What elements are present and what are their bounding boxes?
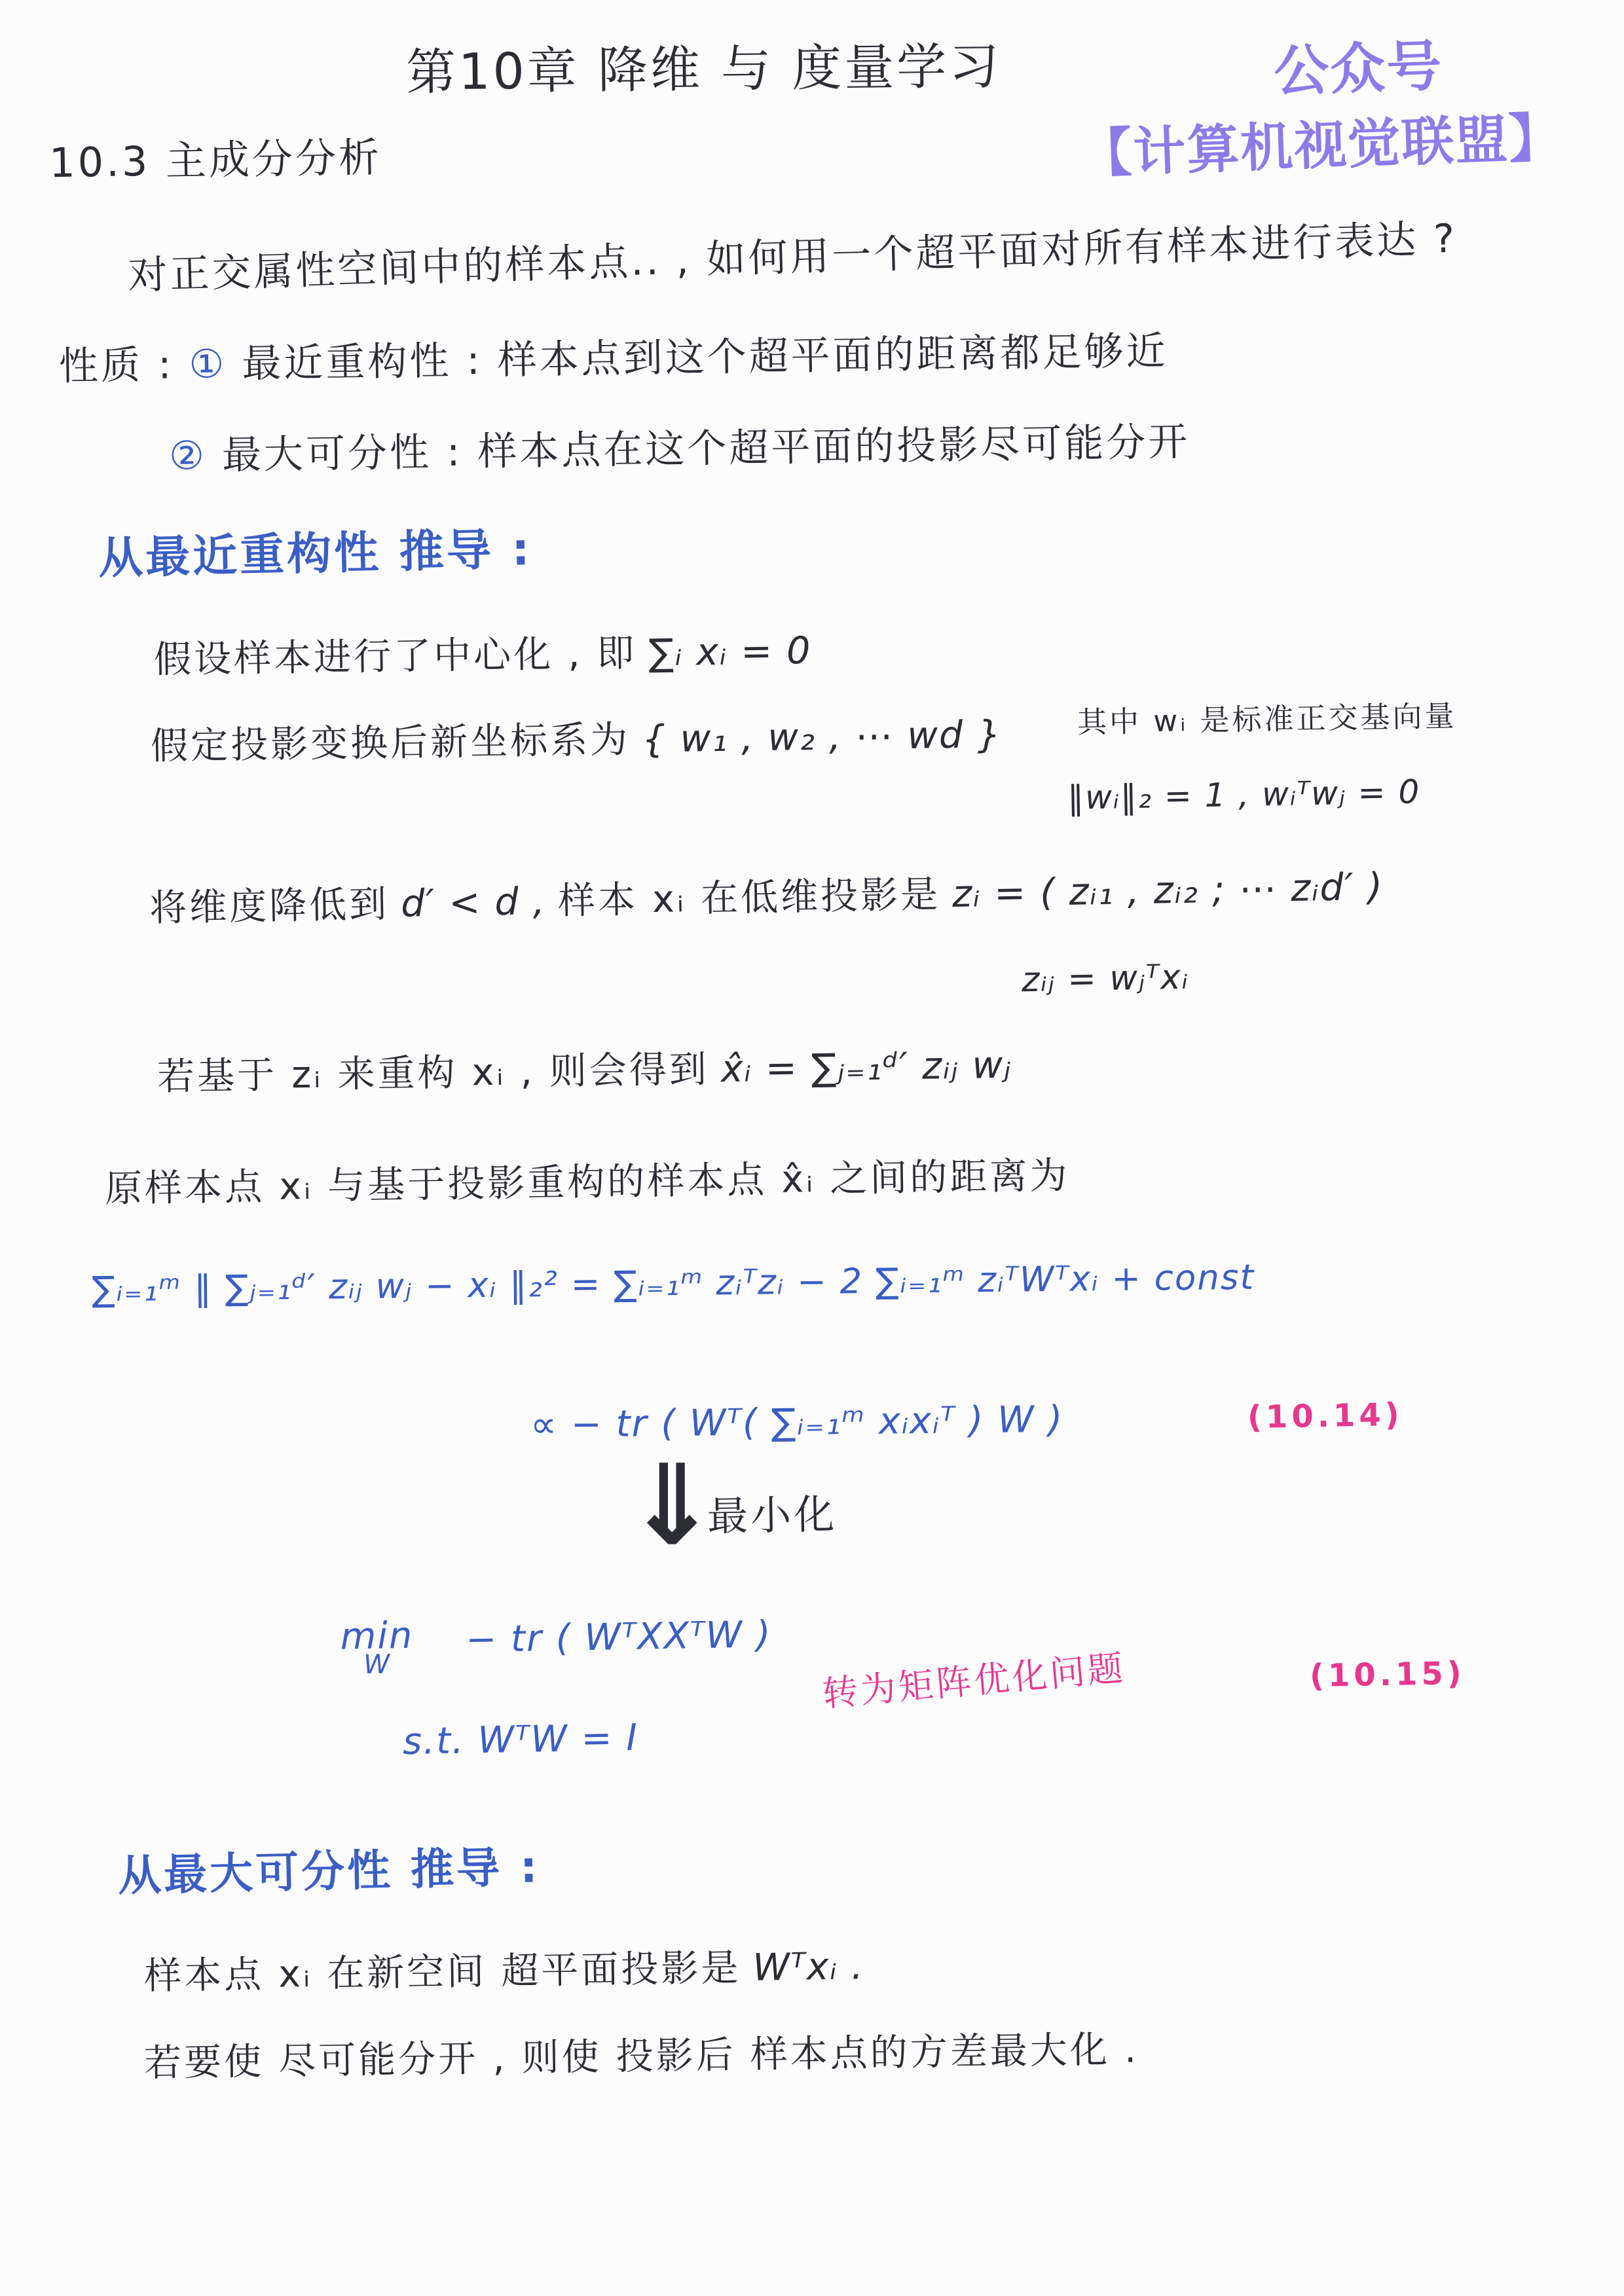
centering-assumption-line: 假设样本进行了中心化 , 即 ∑ᵢ xᵢ = 0 xyxy=(153,621,811,683)
property-2-text: 最大可分性 : 样本点在这个超平面的投影尽可能分开 xyxy=(222,419,1190,479)
watermark-line1: 公众号 xyxy=(1272,22,1444,107)
minimization-objective: min W − tr ( WᵀXXᵀW ) xyxy=(340,1613,772,1677)
separability-line2-text: 若要使 尽可能分开 , 则使 投影后 样本点的方差最大化 . xyxy=(144,2019,1139,2086)
property-1: 性质 : ① 最近重构性 : 样本点到这个超平面的距离都足够近 xyxy=(58,319,1168,392)
separability-heading: 从最大可分性 推导 : xyxy=(117,1832,540,1903)
reconstruction-text: 若基于 zᵢ 来重构 xᵢ , 则会得到 xyxy=(157,1048,710,1099)
projection-coordinate-formula: zᵢⱼ = wⱼᵀxᵢ xyxy=(1021,958,1189,1000)
notes-page: 第10章 降维 与 度量学习 公众号 【计算机视觉联盟】 10.3 主成分分析 … xyxy=(0,0,1624,2296)
distance-intro-text: 原样本点 xᵢ 与基于投影重构的样本点 x̂ᵢ 之间的距离为 xyxy=(104,1146,1069,1213)
min-subscript: W xyxy=(363,1653,392,1677)
double-down-arrow-icon: ⇓ xyxy=(625,1450,718,1561)
separability-line1: 样本点 xᵢ 在新空间 超平面投影是 Wᵀxᵢ . xyxy=(143,1936,864,1999)
orthonormal-note: 其中 wᵢ 是标准正交基向量 xyxy=(1077,692,1457,741)
property-2: ② 最大可分性 : 样本点在这个超平面的投影尽可能分开 xyxy=(168,410,1190,481)
properties-label: 性质 : xyxy=(59,342,174,389)
reconstruction-heading: 从最近重构性 推导 : xyxy=(98,514,532,587)
dim-text-1: 将维度降低到 xyxy=(149,883,390,930)
dim-text-2: 样本 xᵢ 在低维投影是 xyxy=(557,873,940,922)
reconstruction-formula: x̂ᵢ = ∑ⱼ₌₁ᵈ′ zᵢⱼ wⱼ xyxy=(720,1044,1012,1091)
minimize-label: 最小化 xyxy=(707,1482,838,1542)
equation-tag-10-14: (10.14) xyxy=(1247,1396,1404,1436)
norm-constraint-formula: ‖wᵢ‖₂ = 1 , wᵢᵀwⱼ = 0 xyxy=(1067,773,1421,816)
centering-formula: ∑ᵢ xᵢ = 0 xyxy=(648,629,812,674)
basis-text: 假定投影变换后新坐标系为 xyxy=(151,718,631,768)
centering-text: 假设样本进行了中心化 , 即 xyxy=(154,632,637,682)
trace-proportional-formula: ∝ − tr ( Wᵀ( ∑ᵢ₌₁ᵐ xᵢxᵢᵀ ) W ) xyxy=(530,1398,1064,1447)
dim-formula-2: zᵢ = ( zᵢ₁ , zᵢ₂ ; ⋯ zᵢd′ ) xyxy=(952,866,1384,916)
distance-expansion-formula: ∑ᵢ₌₁ᵐ ‖ ∑ⱼ₌₁ᵈ′ zᵢⱼ wⱼ − xᵢ ‖₂² = ∑ᵢ₌₁ᵐ z… xyxy=(92,1258,1255,1310)
basis-assumption-line: 假定投影变换后新坐标系为 { w₁ , w₂ , ⋯ wd } xyxy=(150,704,1002,770)
section-heading: 10.3 主成分分析 xyxy=(48,125,382,189)
page-title: 第10章 降维 与 度量学习 xyxy=(405,26,1001,104)
dimension-reduction-line: 将维度降低到 d′ < d , 样本 xᵢ 在低维投影是 zᵢ = ( zᵢ₁ … xyxy=(149,857,1384,932)
property-2-number: ② xyxy=(169,433,208,479)
equation-tag-10-15: (10.15) xyxy=(1310,1655,1466,1694)
basis-formula: { w₁ , w₂ , ⋯ wd } xyxy=(642,713,1003,761)
property-1-text: 最近重构性 : 样本点到这个超平面的距离都足够近 xyxy=(242,328,1168,387)
reconstruction-line: 若基于 zᵢ 来重构 xᵢ , 则会得到 x̂ᵢ = ∑ⱼ₌₁ᵈ′ zᵢⱼ wⱼ xyxy=(157,1035,1012,1101)
separability-line1-text: 样本点 xᵢ 在新空间 超平面投影是 xyxy=(144,1946,741,1998)
property-1-number: ① xyxy=(189,341,227,388)
dim-formula-1: d′ < d , xyxy=(401,880,547,926)
pink-annotation: 转为矩阵优化问题 xyxy=(821,1640,1128,1717)
intro-question: 对正交属性空间中的样本点.. , 如何用一个超平面对所有样本进行表达 ? xyxy=(127,208,1458,301)
min-operator: min W xyxy=(340,1620,414,1678)
separability-line1-formula: Wᵀxᵢ . xyxy=(752,1944,864,1989)
watermark-line2: 【计算机视觉联盟】 xyxy=(1078,95,1564,187)
constraint-formula: s.t. WᵀW = I xyxy=(402,1717,638,1763)
min-body-formula: − tr ( WᵀXXᵀW ) xyxy=(466,1613,772,1661)
